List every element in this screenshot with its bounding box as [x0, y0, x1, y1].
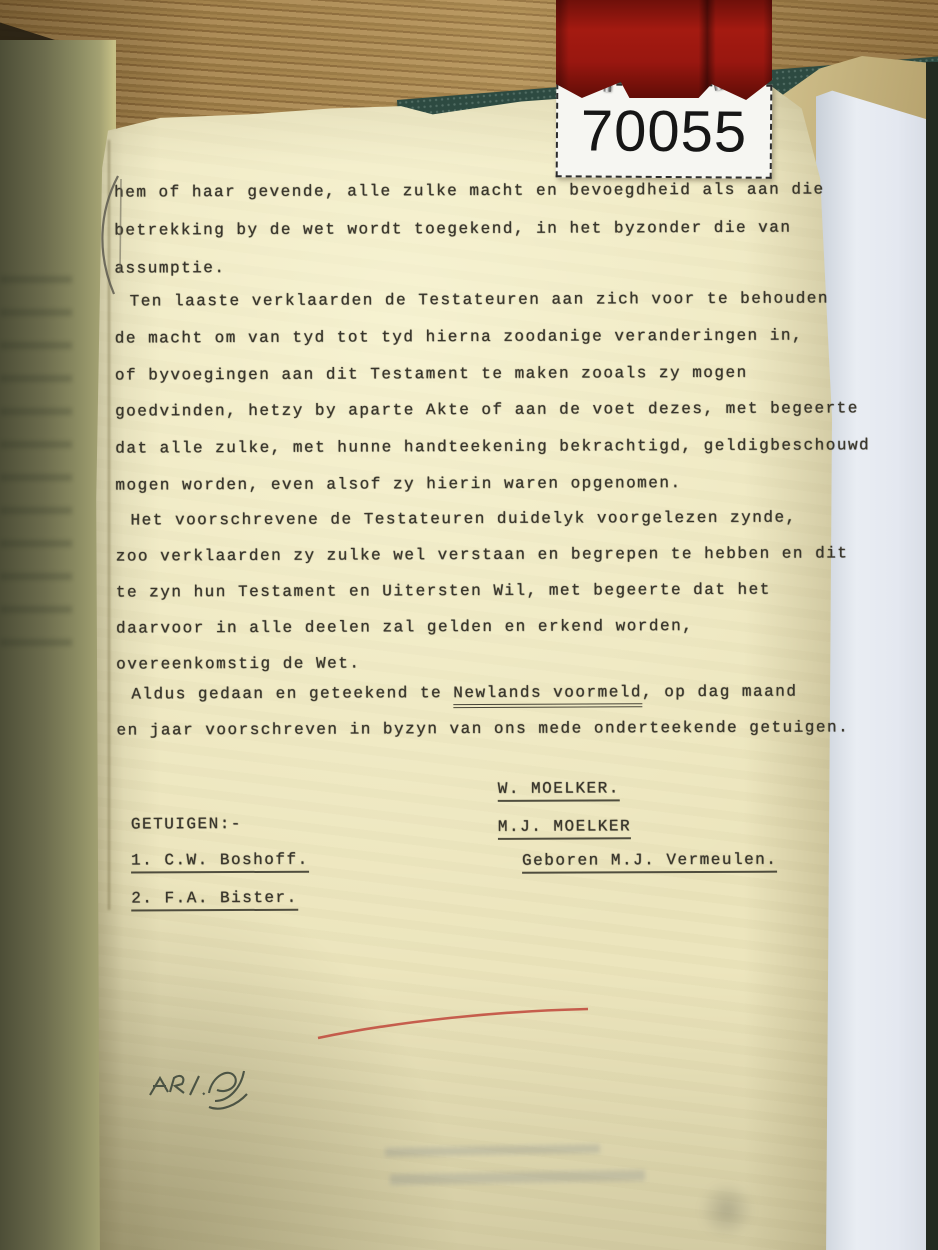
- witness-1-signature: 1. C.W. Boshoff.: [131, 850, 309, 871]
- typewritten-line: Het voorschrevene de Testateuren duidely…: [130, 508, 796, 531]
- typewritten-line: hem of haar gevende, alle zulke macht en…: [114, 179, 825, 202]
- typewritten-line: de macht om van tyd tot tyd hierna zooda…: [115, 326, 803, 349]
- signature-born-name: Geboren M.J. Vermeulen.: [522, 850, 777, 871]
- signature-mj-moelker: M.J. MOELKER: [498, 816, 631, 837]
- typewritten-line: Ten laaste verklaarden de Testateuren aa…: [130, 288, 829, 311]
- typewritten-line: betrekking by de wet wordt toegekend, in…: [114, 218, 791, 241]
- witnesses-heading: GETUIGEN:-: [131, 814, 242, 834]
- typewritten-line: goedvinden, hetzy by aparte Akte of aan …: [115, 398, 859, 421]
- typewritten-line: assumptie.: [114, 258, 225, 278]
- archival-photo: hem of haar gevende, alle zulke macht en…: [0, 0, 938, 1250]
- typewritten-line: Aldus gedaan en geteekend te Newlands vo…: [131, 682, 797, 705]
- typewritten-line: overeenkomstig de Wet.: [116, 653, 360, 674]
- typewritten-line: daarvoor in alle deelen zal gelden en er…: [116, 616, 693, 639]
- typewritten-line: te zyn hun Testament en Uitersten Wil, m…: [116, 580, 771, 603]
- typewritten-line: of byvoegingen aan dit Testament te make…: [115, 363, 748, 386]
- typewritten-text: hem of haar gevende, alle zulke macht en…: [0, 0, 938, 1250]
- typewritten-line: en jaar voorschreven in byzyn van ons me…: [116, 717, 849, 740]
- signature-w-moelker: W. MOELKER.: [498, 778, 620, 799]
- typewritten-line: dat alle zulke, met hunne handteekening …: [115, 435, 870, 458]
- red-binder-clip-icon: [556, 0, 772, 100]
- archive-number: 70055: [581, 102, 748, 161]
- typewritten-line: mogen worden, even alsof zy hierin waren…: [115, 473, 681, 495]
- paper-smudge: [688, 1170, 766, 1250]
- witness-2-signature: 2. F.A. Bister.: [131, 888, 298, 909]
- typewritten-line: zoo verklaarden zy zulke wel verstaan en…: [116, 543, 849, 566]
